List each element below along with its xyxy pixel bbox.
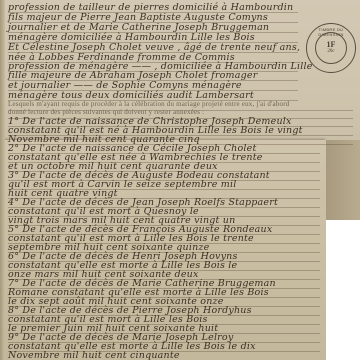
stamp-sub: 20c bbox=[327, 49, 334, 55]
text-line: donné lecture des pièces suivantes qui d… bbox=[8, 108, 204, 116]
text-line: Lesquels m'ayant requis de procéder à la… bbox=[8, 100, 289, 108]
text-line: Novembre mil huit cent cinquante bbox=[8, 350, 180, 360]
binding-edge bbox=[0, 0, 5, 360]
tax-stamp: TIMBRE DU DIMENSION 1F 20c bbox=[306, 23, 356, 73]
stamp-ring-text: TIMBRE DU DIMENSION bbox=[307, 27, 355, 37]
stamp-price: 1F bbox=[327, 41, 336, 49]
blank-corner bbox=[326, 220, 360, 360]
document-scan: profession de tailleur de pierres domici… bbox=[0, 0, 360, 360]
page-shadow-strip bbox=[326, 140, 360, 220]
